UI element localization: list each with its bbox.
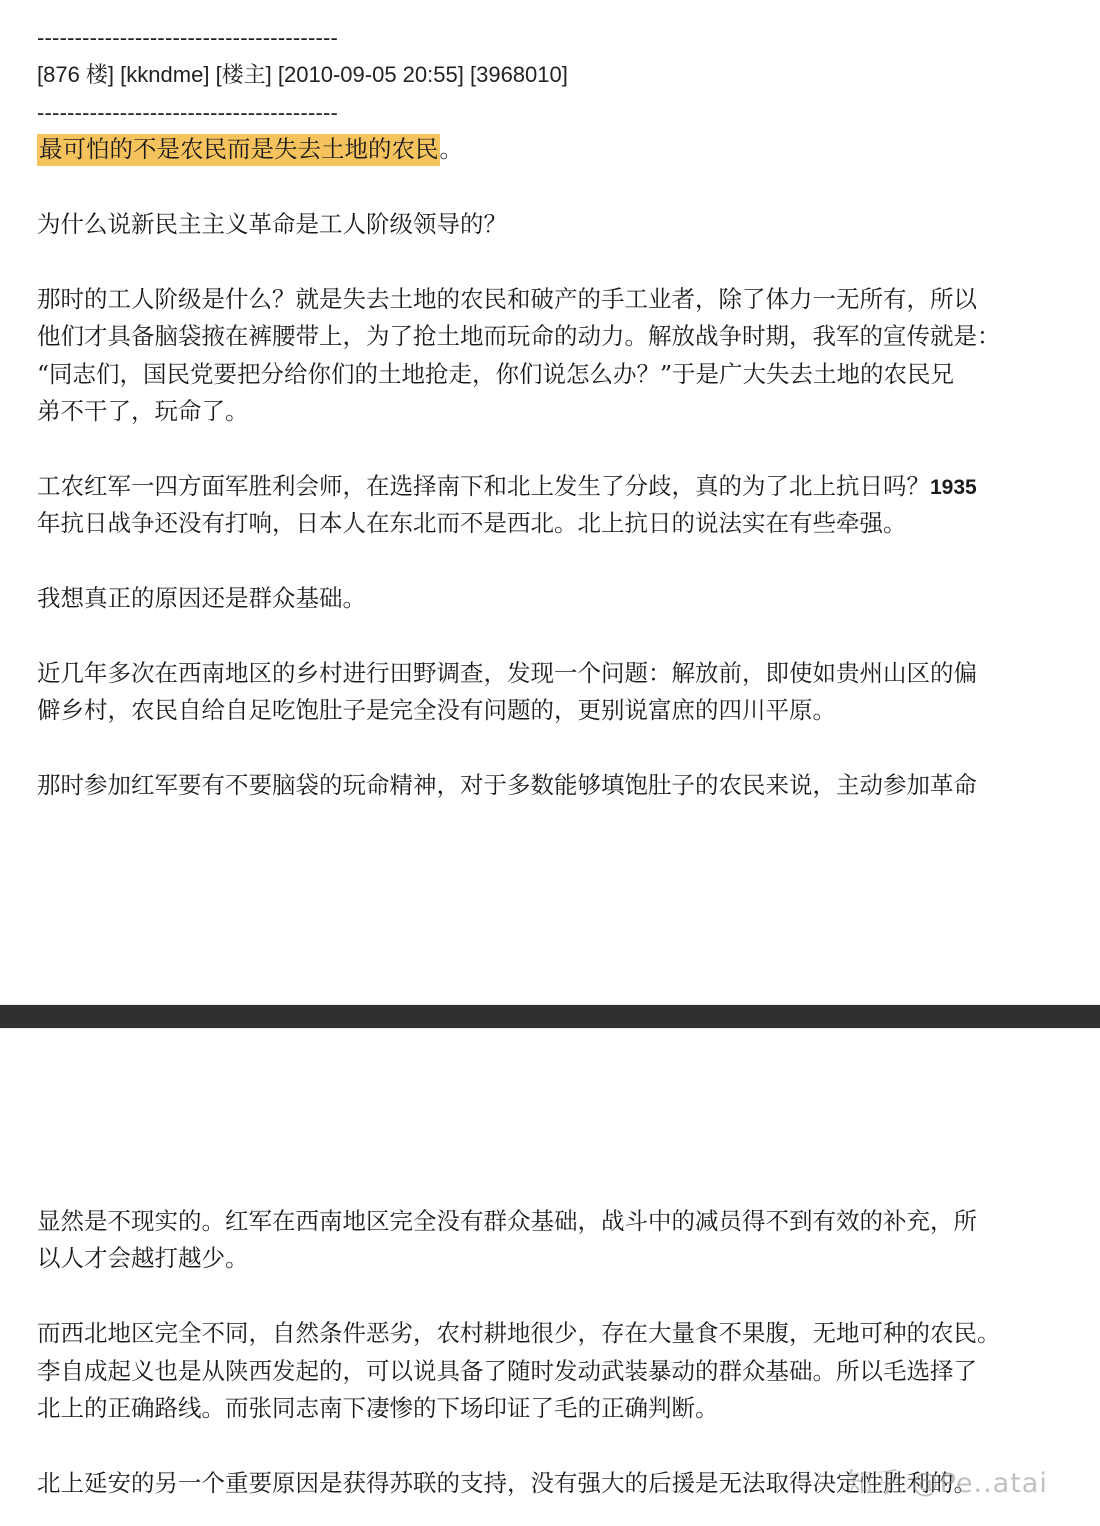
paragraph-northwest: 而西北地区完全不同，自然条件恶劣，农村耕地很少，存在大量食不果腹，无地可种的农民…: [37, 1315, 1037, 1427]
paragraph-line: 北上的正确路线。而张同志南下凄惨的下场印证了毛的正确判断。: [37, 1390, 1037, 1427]
post-header: [876 楼] [kkndme] [楼主] [2010-09-05 20:55]…: [37, 56, 1037, 93]
separator-line-top: ----------------------------------------: [37, 19, 1037, 56]
paragraph-line: 李自成起义也是从陕西发起的，可以说具备了随时发动武装暴动的群众基础。所以毛选择了: [37, 1353, 1037, 1390]
highlighted-sentence: 最可怕的不是农民而是失去土地的农民。: [37, 131, 1037, 168]
line-text: 工农红军一四方面军胜利会师，在选择南下和北上发生了分歧，真的为了北上抗日吗？: [37, 472, 930, 500]
paragraph-line: 僻乡村，农民自给自足吃饱肚子是完全没有问题的，更别说富庶的四川平原。: [37, 692, 1037, 729]
paragraph-line: 近几年多次在西南地区的乡村进行田野调查，发现一个问题：解放前，即使如贵州山区的偏: [37, 655, 1037, 692]
paragraph-line: 弟不干了，玩命了。: [37, 393, 1037, 430]
paragraph-line: 而西北地区完全不同，自然条件恶劣，农村耕地很少，存在大量食不果腹，无地可种的农民…: [37, 1315, 1037, 1352]
paragraph-line: 我想真正的原因还是群众基础。: [37, 580, 1037, 617]
paragraph-line: 为什么说新民主主义革命是工人阶级领导的？: [37, 206, 1037, 243]
post-id: [3968010]: [470, 62, 568, 87]
paragraph-joining-red-army: 那时参加红军要有不要脑袋的玩命精神，对于多数能够填饱肚子的农民来说，主动参加革命: [37, 767, 1037, 804]
paragraph-soviet-support: 北上延安的另一个重要原因是获得苏联的支持，没有强大的后援是无法取得决定性胜利的。: [37, 1465, 1037, 1502]
paragraph-north-south: 工农红军一四方面军胜利会师，在选择南下和北上发生了分歧，真的为了北上抗日吗？19…: [37, 468, 1037, 543]
author-name: [kkndme]: [120, 62, 209, 87]
author-role: [楼主]: [216, 62, 272, 87]
separator-line-bottom: ----------------------------------------: [37, 94, 1037, 131]
paragraph-line: 那时的工人阶级是什么？就是失去土地的农民和破产的手工业者，除了体力一无所有，所以: [37, 281, 1037, 318]
paragraph-field-survey: 近几年多次在西南地区的乡村进行田野调查，发现一个问题：解放前，即使如贵州山区的偏…: [37, 655, 1037, 730]
paragraph-question: 为什么说新民主主义革命是工人阶级领导的？: [37, 206, 1037, 243]
document-page-bottom: 显然是不现实的。红军在西南地区完全没有群众基础，战斗中的减员得不到有效的补充，所…: [37, 1203, 1037, 1502]
paragraph-mass-base: 我想真正的原因还是群众基础。: [37, 580, 1037, 617]
paragraph-line: 那时参加红军要有不要脑袋的玩命精神，对于多数能够填饱肚子的农民来说，主动参加革命: [37, 767, 1037, 804]
paragraph-line: “同志们，国民党要把分给你们的土地抢走，你们说怎么办？”于是广大失去土地的农民兄: [37, 356, 1037, 393]
paragraph-line: 北上延安的另一个重要原因是获得苏联的支持，没有强大的后援是无法取得决定性胜利的。: [37, 1465, 1037, 1502]
paragraph-unrealistic: 显然是不现实的。红军在西南地区完全没有群众基础，战斗中的减员得不到有效的补充，所…: [37, 1203, 1037, 1278]
paragraph-working-class: 那时的工人阶级是什么？就是失去土地的农民和破产的手工业者，除了体力一无所有，所以…: [37, 281, 1037, 431]
text-highlight: 最可怕的不是农民而是失去土地的农民: [37, 134, 440, 166]
page-divider-bar: [0, 1005, 1100, 1028]
sentence-period: 。: [440, 135, 464, 163]
post-datetime: [2010-09-05 20:55]: [278, 62, 464, 87]
paragraph-line: 他们才具备脑袋掖在裤腰带上，为了抢土地而玩命的动力。解放战争时期，我军的宣传就是…: [37, 318, 1037, 355]
paragraph-line: 工农红军一四方面军胜利会师，在选择南下和北上发生了分歧，真的为了北上抗日吗？19…: [37, 468, 1037, 505]
document-page-top: ----------------------------------------…: [37, 19, 1037, 804]
floor-number: [876 楼]: [37, 62, 114, 87]
paragraph-line: 年抗日战争还没有打响，日本人在东北而不是西北。北上抗日的说法实在有些牵强。: [37, 505, 1037, 542]
year-number: 1935: [930, 476, 977, 499]
paragraph-line: 以人才会越打越少。: [37, 1240, 1037, 1277]
paragraph-line: 显然是不现实的。红军在西南地区完全没有群众基础，战斗中的减员得不到有效的补充，所: [37, 1203, 1037, 1240]
